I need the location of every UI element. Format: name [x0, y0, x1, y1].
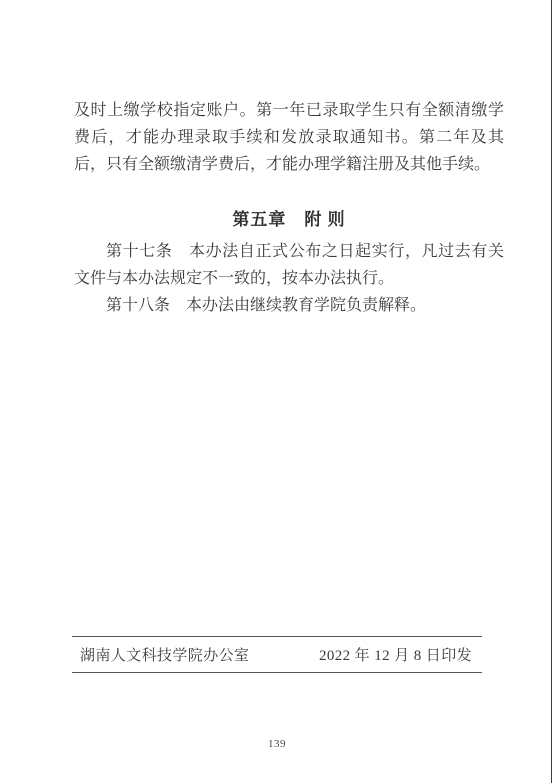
footer-bottom-rule: [72, 672, 482, 673]
page-edge-line: [551, 0, 552, 783]
body-paragraph-continuation: 及时上缴学校指定账户。第一年已录取学生只有全额清缴学费后，才能办理录取手续和发放…: [74, 97, 504, 178]
footer-issuer-office: 湖南人文科技学院办公室: [80, 644, 249, 665]
body-paragraph-article-18: 第十八条 本办法由继续教育学院负责解释。: [74, 292, 504, 319]
document-page: 及时上缴学校指定账户。第一年已录取学生只有全额清缴学费后，才能办理录取手续和发放…: [0, 0, 554, 783]
chapter-heading: 第五章 附 则: [74, 206, 504, 233]
footer-issuing-info: 湖南人文科技学院办公室 2022 年 12 月 8 日印发: [72, 637, 482, 672]
document-body: 及时上缴学校指定账户。第一年已录取学生只有全额清缴学费后，才能办理录取手续和发放…: [74, 97, 504, 319]
footer-print-date: 2022 年 12 月 8 日印发: [319, 644, 472, 665]
body-paragraph-article-17: 第十七条 本办法自正式公布之日起实行，凡过去有关文件与本办法规定不一致的，按本办…: [74, 238, 504, 292]
page-number: 139: [0, 738, 554, 750]
